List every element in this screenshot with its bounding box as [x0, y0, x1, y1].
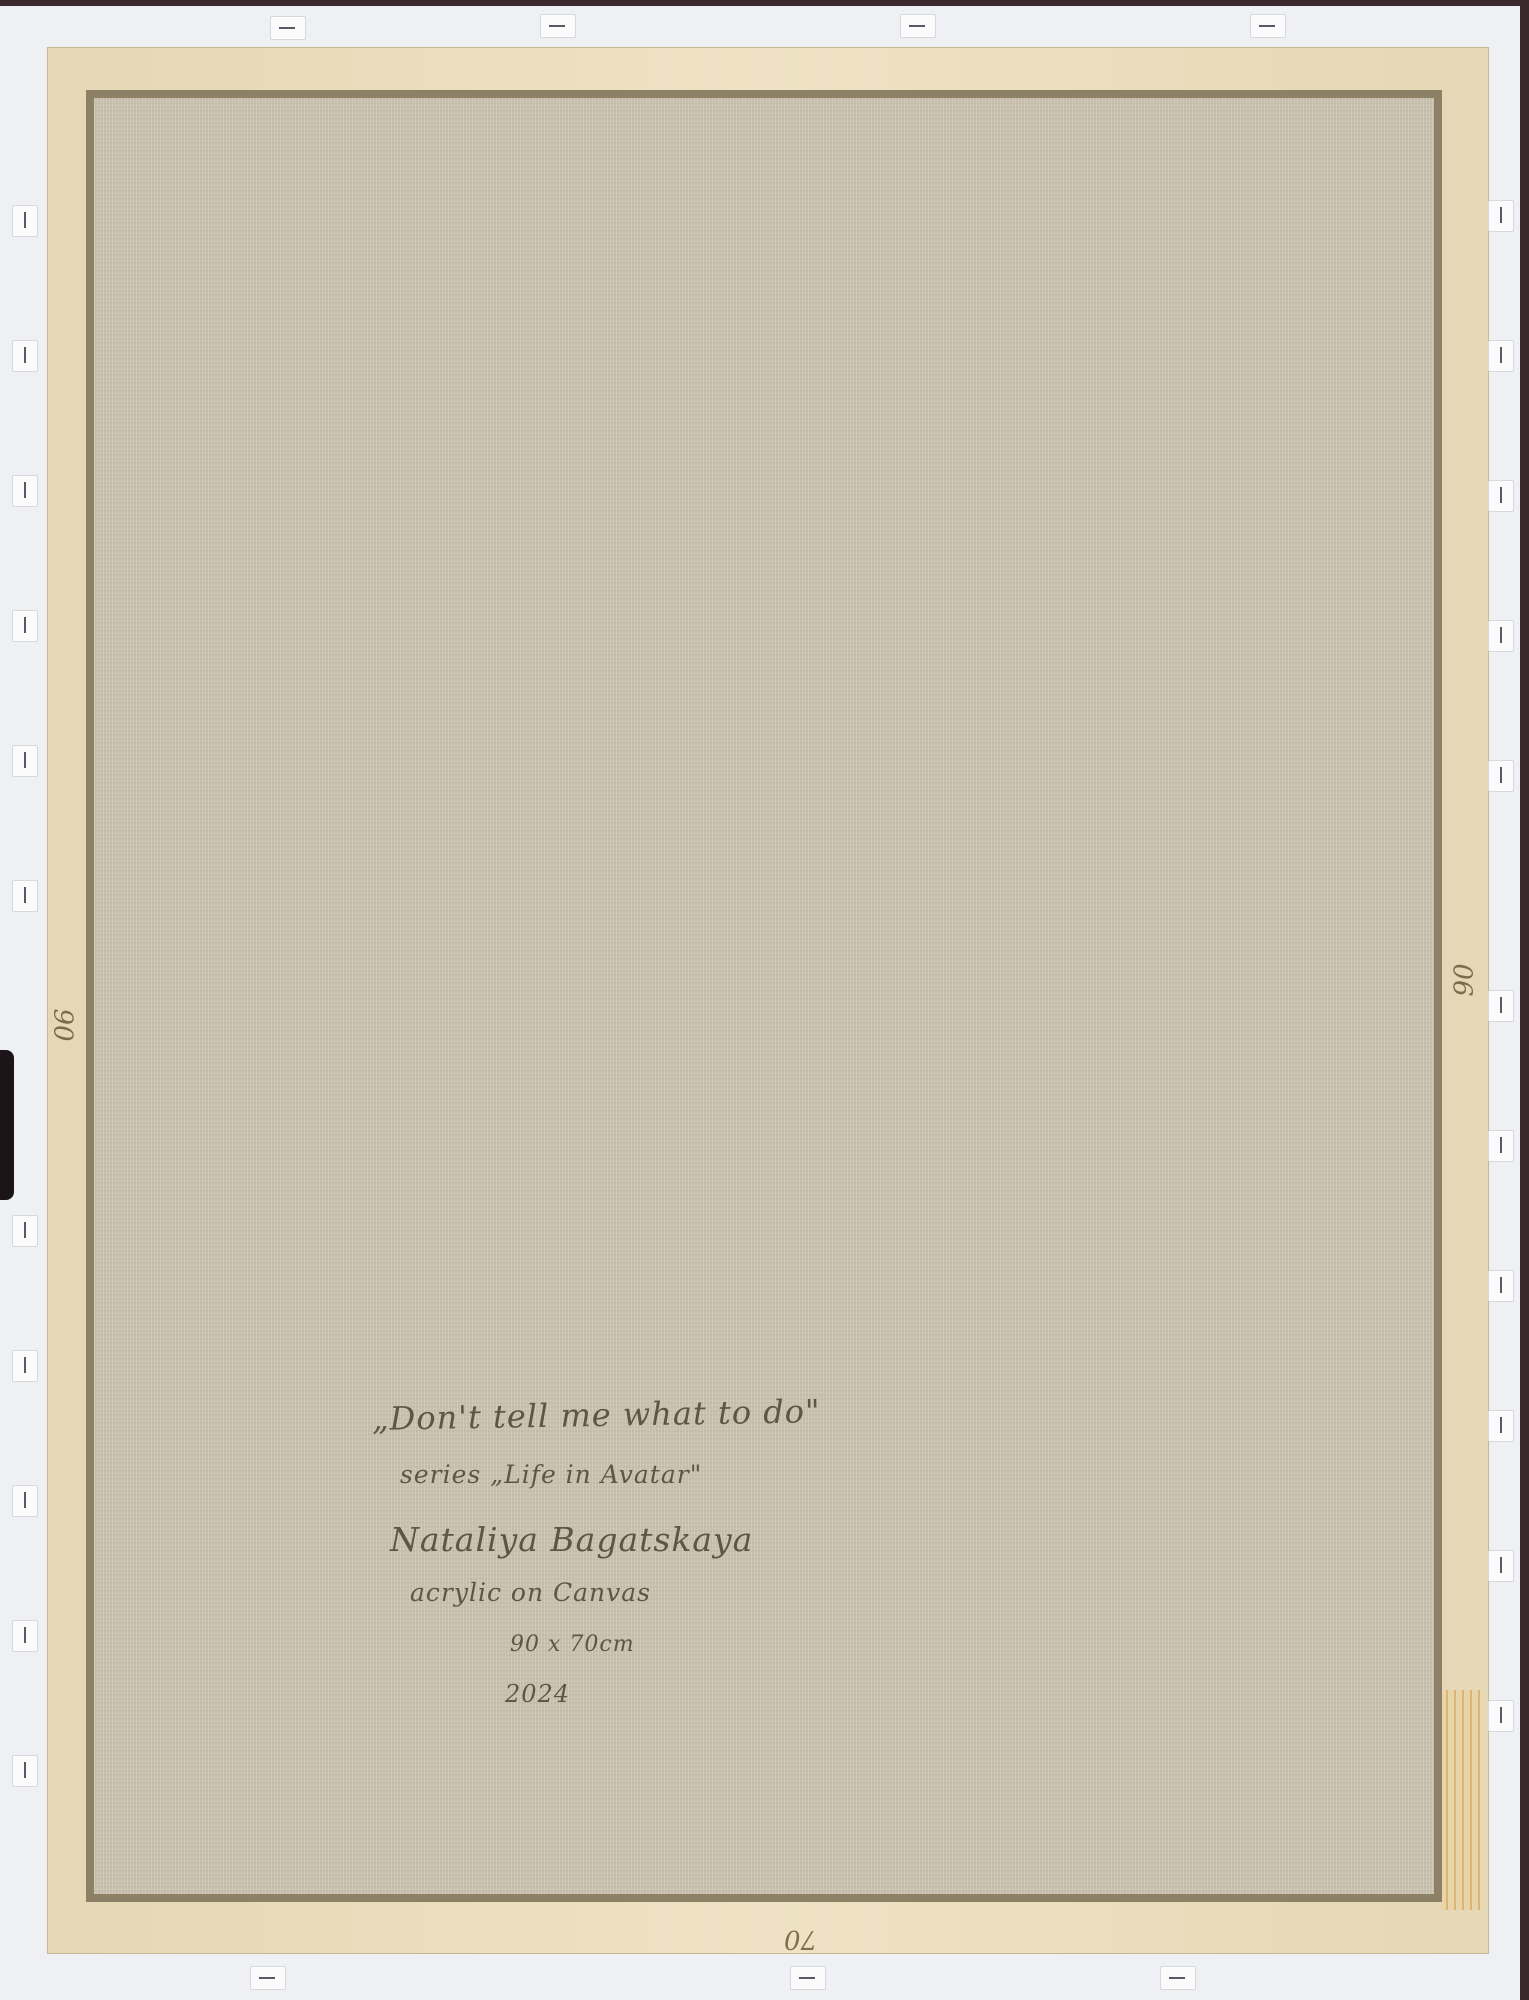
staple-icon — [270, 16, 306, 40]
staple-icon — [1488, 1270, 1514, 1302]
frame-mark-left: 90 — [48, 1008, 78, 1041]
artwork-dimensions: 90 x 70cm — [510, 1632, 635, 1657]
artwork-series: series „Life in Avatar" — [400, 1460, 702, 1489]
staple-icon — [12, 475, 38, 507]
frame-mark-bottom: 70 — [784, 1924, 817, 1954]
artwork-title: „Don't tell me what to do" — [372, 1392, 821, 1438]
canvas-back — [94, 98, 1434, 1894]
staple-icon — [1250, 14, 1286, 38]
paint-smear — [0, 1050, 14, 1200]
staple-icon — [1488, 1130, 1514, 1162]
staple-icon — [1488, 340, 1514, 372]
staple-icon — [790, 1966, 826, 1990]
artist-name: Nataliya Bagatskaya — [390, 1520, 753, 1559]
artwork-medium: acrylic on Canvas — [410, 1578, 651, 1607]
staple-icon — [1488, 990, 1514, 1022]
staple-icon — [1488, 200, 1514, 232]
staple-icon — [1488, 480, 1514, 512]
staple-icon — [1488, 620, 1514, 652]
staple-icon — [250, 1966, 286, 1990]
staple-icon — [12, 1485, 38, 1517]
staple-icon — [540, 14, 576, 38]
staple-icon — [1488, 1700, 1514, 1732]
staple-icon — [1488, 1550, 1514, 1582]
staple-icon — [12, 1215, 38, 1247]
staple-icon — [12, 1755, 38, 1787]
staple-icon — [12, 340, 38, 372]
staple-icon — [12, 745, 38, 777]
staple-icon — [12, 1350, 38, 1382]
staple-icon — [12, 1620, 38, 1652]
frame-mark-right: 90 — [1450, 963, 1480, 996]
artwork-year: 2024 — [505, 1680, 570, 1708]
staple-icon — [1160, 1966, 1196, 1990]
wood-grain-corner — [1440, 1690, 1480, 1910]
staple-icon — [1488, 760, 1514, 792]
staple-icon — [12, 205, 38, 237]
staple-icon — [12, 610, 38, 642]
staple-icon — [900, 14, 936, 38]
staple-icon — [1488, 1410, 1514, 1442]
staple-icon — [12, 880, 38, 912]
